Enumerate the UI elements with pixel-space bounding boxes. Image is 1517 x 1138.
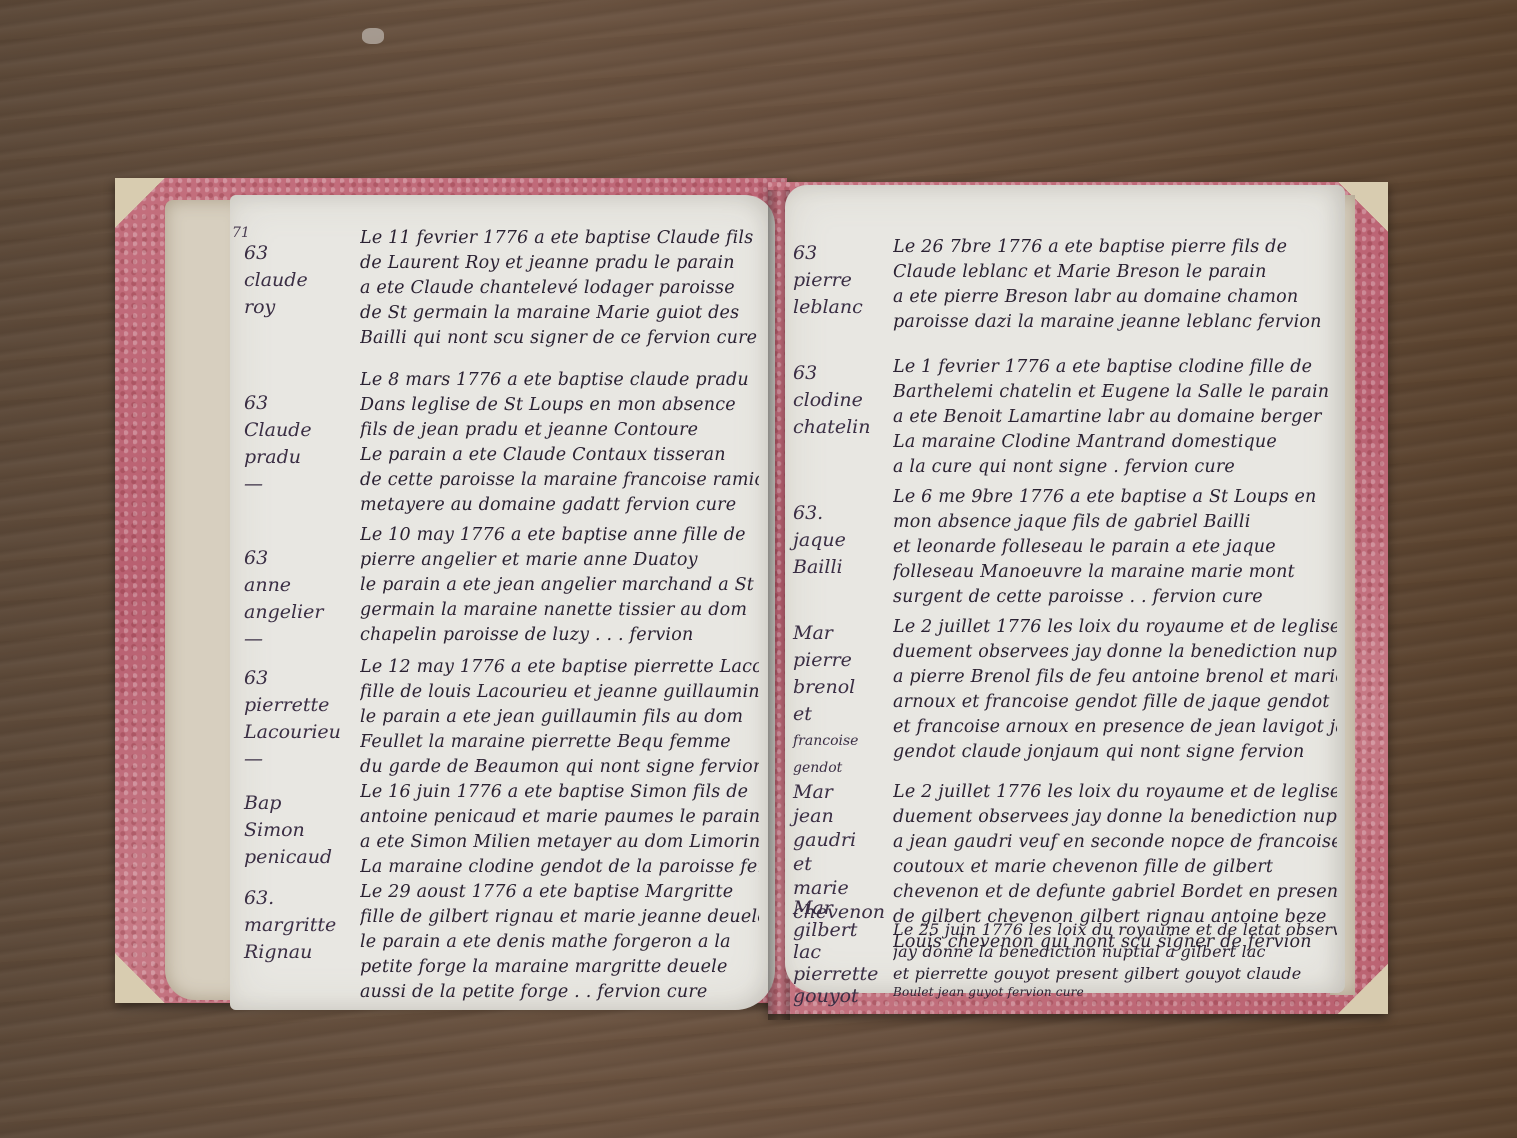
entry-text: Le 11 fevrier 1776 a ete baptise Claude … xyxy=(360,226,759,351)
entry-text: Le 1 fevrier 1776 a ete baptise clodine … xyxy=(893,355,1337,480)
entry-text: Le 26 7bre 1776 a ete baptise pierre fil… xyxy=(893,235,1337,335)
entry-margin-note: 63 pierre leblanc xyxy=(793,240,883,321)
entry-text: Le 16 juin 1776 a ete baptise Simon fils… xyxy=(360,780,759,880)
entry-margin-note: Bap Simon penicaud xyxy=(244,790,334,871)
cover-corner-top-left xyxy=(115,178,165,228)
entry-text: Le 6 me 9bre 1776 a ete baptise a St Lou… xyxy=(893,485,1337,610)
entry-text: Le 29 aoust 1776 a ete baptise Margritte… xyxy=(360,880,759,1005)
cover-corner-bottom-left xyxy=(115,953,165,1003)
entry-margin-note: 63 Claude pradu — xyxy=(244,390,334,498)
entry-margin-note: 63 clodine chatelin xyxy=(793,360,883,441)
entry-margin-note: Mar gilbert lac pierrette gouyot xyxy=(793,897,883,1007)
entry-text: Le 8 mars 1776 a ete baptise claude prad… xyxy=(360,368,759,518)
entry-margin-note: 63 pierrette Lacourieu — xyxy=(244,665,334,773)
entry-text: Le 10 may 1776 a ete baptise anne fille … xyxy=(360,523,759,648)
entry-margin-note: 63 claude roy xyxy=(244,240,334,321)
left-page: 71 63 claude roy Le 11 fevrier 1776 a et… xyxy=(230,195,775,1010)
page-corner-mark: 71 xyxy=(232,225,250,241)
entry-text: Le 25 juin 1776 les loix du royaume et d… xyxy=(893,919,1337,999)
entry-text: Le 12 may 1776 a ete baptise pierrette L… xyxy=(360,655,759,780)
entry-margin-note: 63 anne angelier — xyxy=(244,545,334,653)
entry-text: Le 2 juillet 1776 les loix du royaume et… xyxy=(893,615,1337,765)
entry-margin-note: 63. margritte Rignau xyxy=(244,885,334,966)
entry-margin-note: Mar pierre brenol et francoise gendot xyxy=(793,620,883,782)
table-surface-mark xyxy=(362,28,384,44)
entry-margin-note: 63. jaque Bailli xyxy=(793,500,883,581)
right-page: 63 pierre leblanc Le 26 7bre 1776 a ete … xyxy=(785,185,1345,993)
